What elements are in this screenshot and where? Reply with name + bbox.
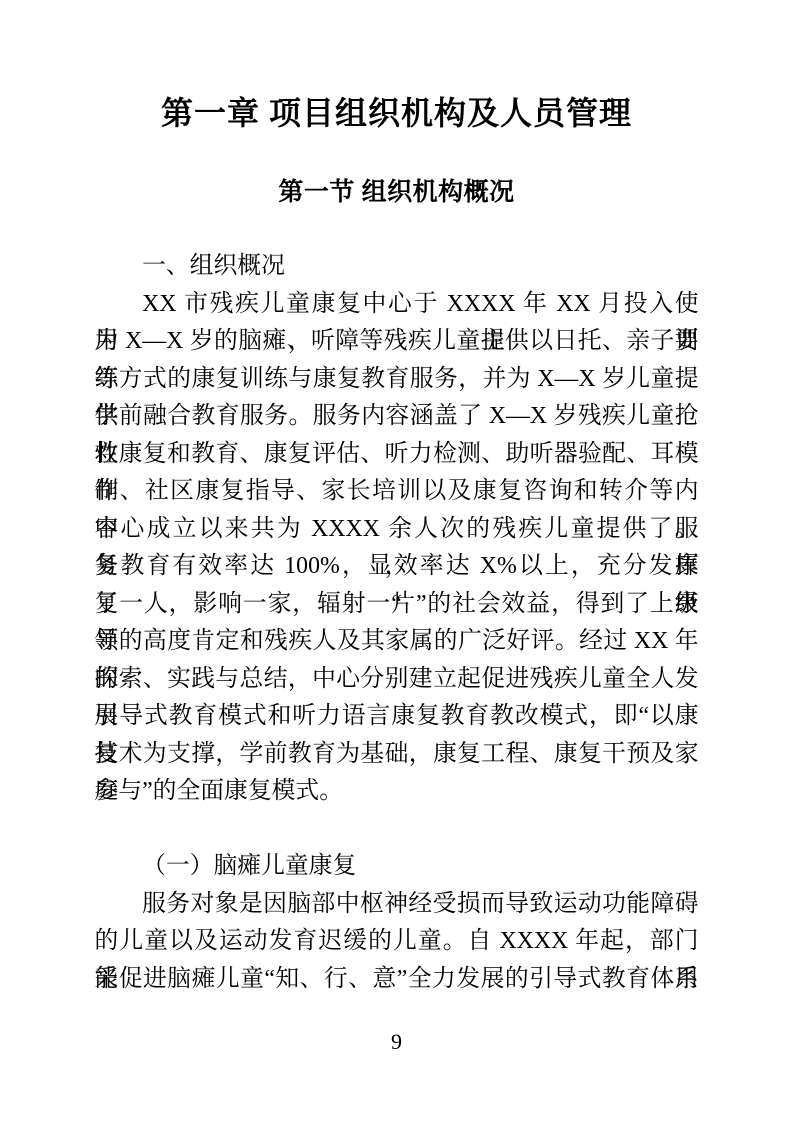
text-line: 的儿童以及运动发育迟缓的儿童。自 XXXX 年起，部门采用 xyxy=(95,923,699,961)
text-line: 技术为支撑，学前教育为基础，康复工程、康复干预及家庭 xyxy=(95,736,699,774)
document-page: 第一章 项目组织机构及人员管理 第一节 组织机构概况 一、组织概况XX 市残疾儿… xyxy=(0,0,793,1122)
text-line: 性康复和教育、康复评估、听力检测、助听器验配、耳模制 xyxy=(95,436,699,474)
chapter-title: 第一章 项目组织机构及人员管理 xyxy=(0,0,793,133)
text-line: 服务对象是因脑部中枢神经受损而导致运动功能障碍 xyxy=(95,886,699,924)
blank-line xyxy=(95,811,699,849)
page-number: 9 xyxy=(391,1029,402,1054)
text-line: 等方式的康复训练与康复教育服务，并为 X—X 岁儿童提供 xyxy=(95,361,699,399)
text-line: 复教育有效率达 100%，显效率达 X%以上，充分发挥了“康 xyxy=(95,548,699,586)
text-line: 复一人，影响一家，辐射一片”的社会效益，得到了上级领 xyxy=(95,586,699,624)
text-line: 一、组织概况 xyxy=(95,248,699,286)
text-line: 引导式教育模式和听力语言康复教育教改模式，即“以康复 xyxy=(95,698,699,736)
text-line: 学前融合教育服务。服务内容涵盖了 X—X 岁残疾儿童抢救 xyxy=(95,398,699,436)
text-line: 能促进脑瘫儿童“知、行、意”全力发展的引导式教育体系 xyxy=(95,961,699,999)
text-line: 参与”的全面康复模式。 xyxy=(95,773,699,811)
text-line: 作、社区康复指导、家长培训以及康复咨询和转介等内容。 xyxy=(95,473,699,511)
body-text: 一、组织概况XX 市残疾儿童康复中心于 XXXX 年 XX 月投入使用，主要为 … xyxy=(95,248,699,998)
text-line: 中心成立以来共为 XXXX 余人次的残疾儿童提供了服务，康 xyxy=(95,511,699,549)
text-line: XX 市残疾儿童康复中心于 XXXX 年 XX 月投入使用，主要 xyxy=(95,286,699,324)
section-title: 第一节 组织机构概况 xyxy=(0,177,793,209)
text-line: （一）脑瘫儿童康复 xyxy=(95,848,699,886)
page-footer: 9 xyxy=(0,1028,793,1056)
text-line: 导的高度肯定和残疾人及其家属的广泛好评。经过 XX 年的 xyxy=(95,623,699,661)
text-line: 为 X—X 岁的脑瘫、听障等残疾儿童提供以日托、亲子训练 xyxy=(95,323,699,361)
text-line: 探索、实践与总结，中心分别建立起促进残疾儿童全人发展 xyxy=(95,661,699,699)
